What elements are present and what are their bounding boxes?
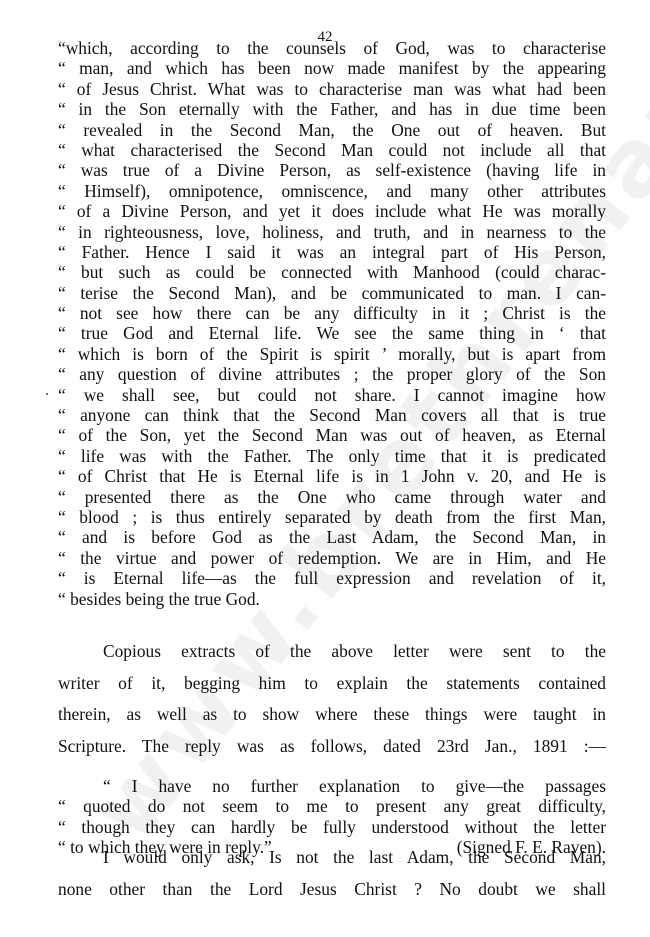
quote-line: “ life was with the Father. The only tim… bbox=[58, 446, 606, 466]
scan-speck bbox=[46, 393, 48, 395]
quote-line: “ but such as could be connected with Ma… bbox=[58, 262, 606, 282]
quote-line: “ of Christ that He is Eternal life is i… bbox=[58, 466, 606, 486]
paragraph-line: Scripture. The reply was as follows, dat… bbox=[58, 731, 606, 763]
quote-line: “ revealed in the Second Man, the One ou… bbox=[58, 120, 606, 140]
quote-line: “ Himself), omnipotence, omniscence, and… bbox=[58, 181, 606, 201]
quote-line: “ man, and which has been now made manif… bbox=[58, 58, 606, 78]
quote-line: “ blood ; is thus entirely separated by … bbox=[58, 507, 606, 527]
quote-line: “ of a Divine Person, and yet it does in… bbox=[58, 201, 606, 221]
quote-line: “ true God and Eternal life. We see the … bbox=[58, 323, 606, 343]
book-page: www.brethrenarchive.org 42 “which, accor… bbox=[0, 0, 650, 937]
quote-line: “ in righteousness, love, holiness, and … bbox=[58, 222, 606, 242]
quote-line: “ of Jesus Christ. What was to character… bbox=[58, 79, 606, 99]
reply-line: “ I have no further explanation to give—… bbox=[58, 776, 606, 796]
quote-line: “ any question of divine attributes ; th… bbox=[58, 364, 606, 384]
quote-line: “ is Eternal life—as the full expression… bbox=[58, 568, 606, 588]
paragraph-copious-extracts: Copious extracts of the above letter wer… bbox=[58, 636, 606, 762]
letter-quotation: “which, according to the counsels of God… bbox=[58, 38, 606, 609]
quote-line: “ of the Son, yet the Second Man was out… bbox=[58, 425, 606, 445]
quote-line: “ besides being the true God. bbox=[58, 589, 606, 609]
quote-line: “ anyone can think that the Second Man c… bbox=[58, 405, 606, 425]
quote-line: “ was true of a Divine Person, as self-e… bbox=[58, 160, 606, 180]
quote-line: “ Father. Hence I said it was an integra… bbox=[58, 242, 606, 262]
reply-line: “ though they can hardly be fully unders… bbox=[58, 817, 606, 837]
paragraph-question: I would only ask, Is not the last Adam, … bbox=[58, 842, 606, 905]
quote-line: “ not see how there can be any difficult… bbox=[58, 303, 606, 323]
quote-line: “ we shall see, but could not share. I c… bbox=[58, 385, 606, 405]
quote-line: “ which is born of the Spirit is spirit … bbox=[58, 344, 606, 364]
paragraph-line: I would only ask, Is not the last Adam, … bbox=[58, 842, 606, 874]
paragraph-line: none other than the Lord Jesus Christ ? … bbox=[58, 874, 606, 906]
quote-line: “which, according to the counsels of God… bbox=[58, 38, 606, 58]
quote-line: “ presented there as the One who came th… bbox=[58, 487, 606, 507]
paragraph-line: writer of it, begging him to explain the… bbox=[58, 668, 606, 700]
quote-line: “ and is before God as the Last Adam, th… bbox=[58, 527, 606, 547]
quote-line: “ in the Son eternally with the Father, … bbox=[58, 99, 606, 119]
quote-line: “ what characterised the Second Man coul… bbox=[58, 140, 606, 160]
reply-line: “ quoted do not seem to me to present an… bbox=[58, 796, 606, 816]
quote-line: “ the virtue and power of redemption. We… bbox=[58, 548, 606, 568]
paragraph-line: therein, as well as to show where these … bbox=[58, 699, 606, 731]
quote-line: “ terise the Second Man), and be communi… bbox=[58, 283, 606, 303]
paragraph-line: Copious extracts of the above letter wer… bbox=[58, 636, 606, 668]
